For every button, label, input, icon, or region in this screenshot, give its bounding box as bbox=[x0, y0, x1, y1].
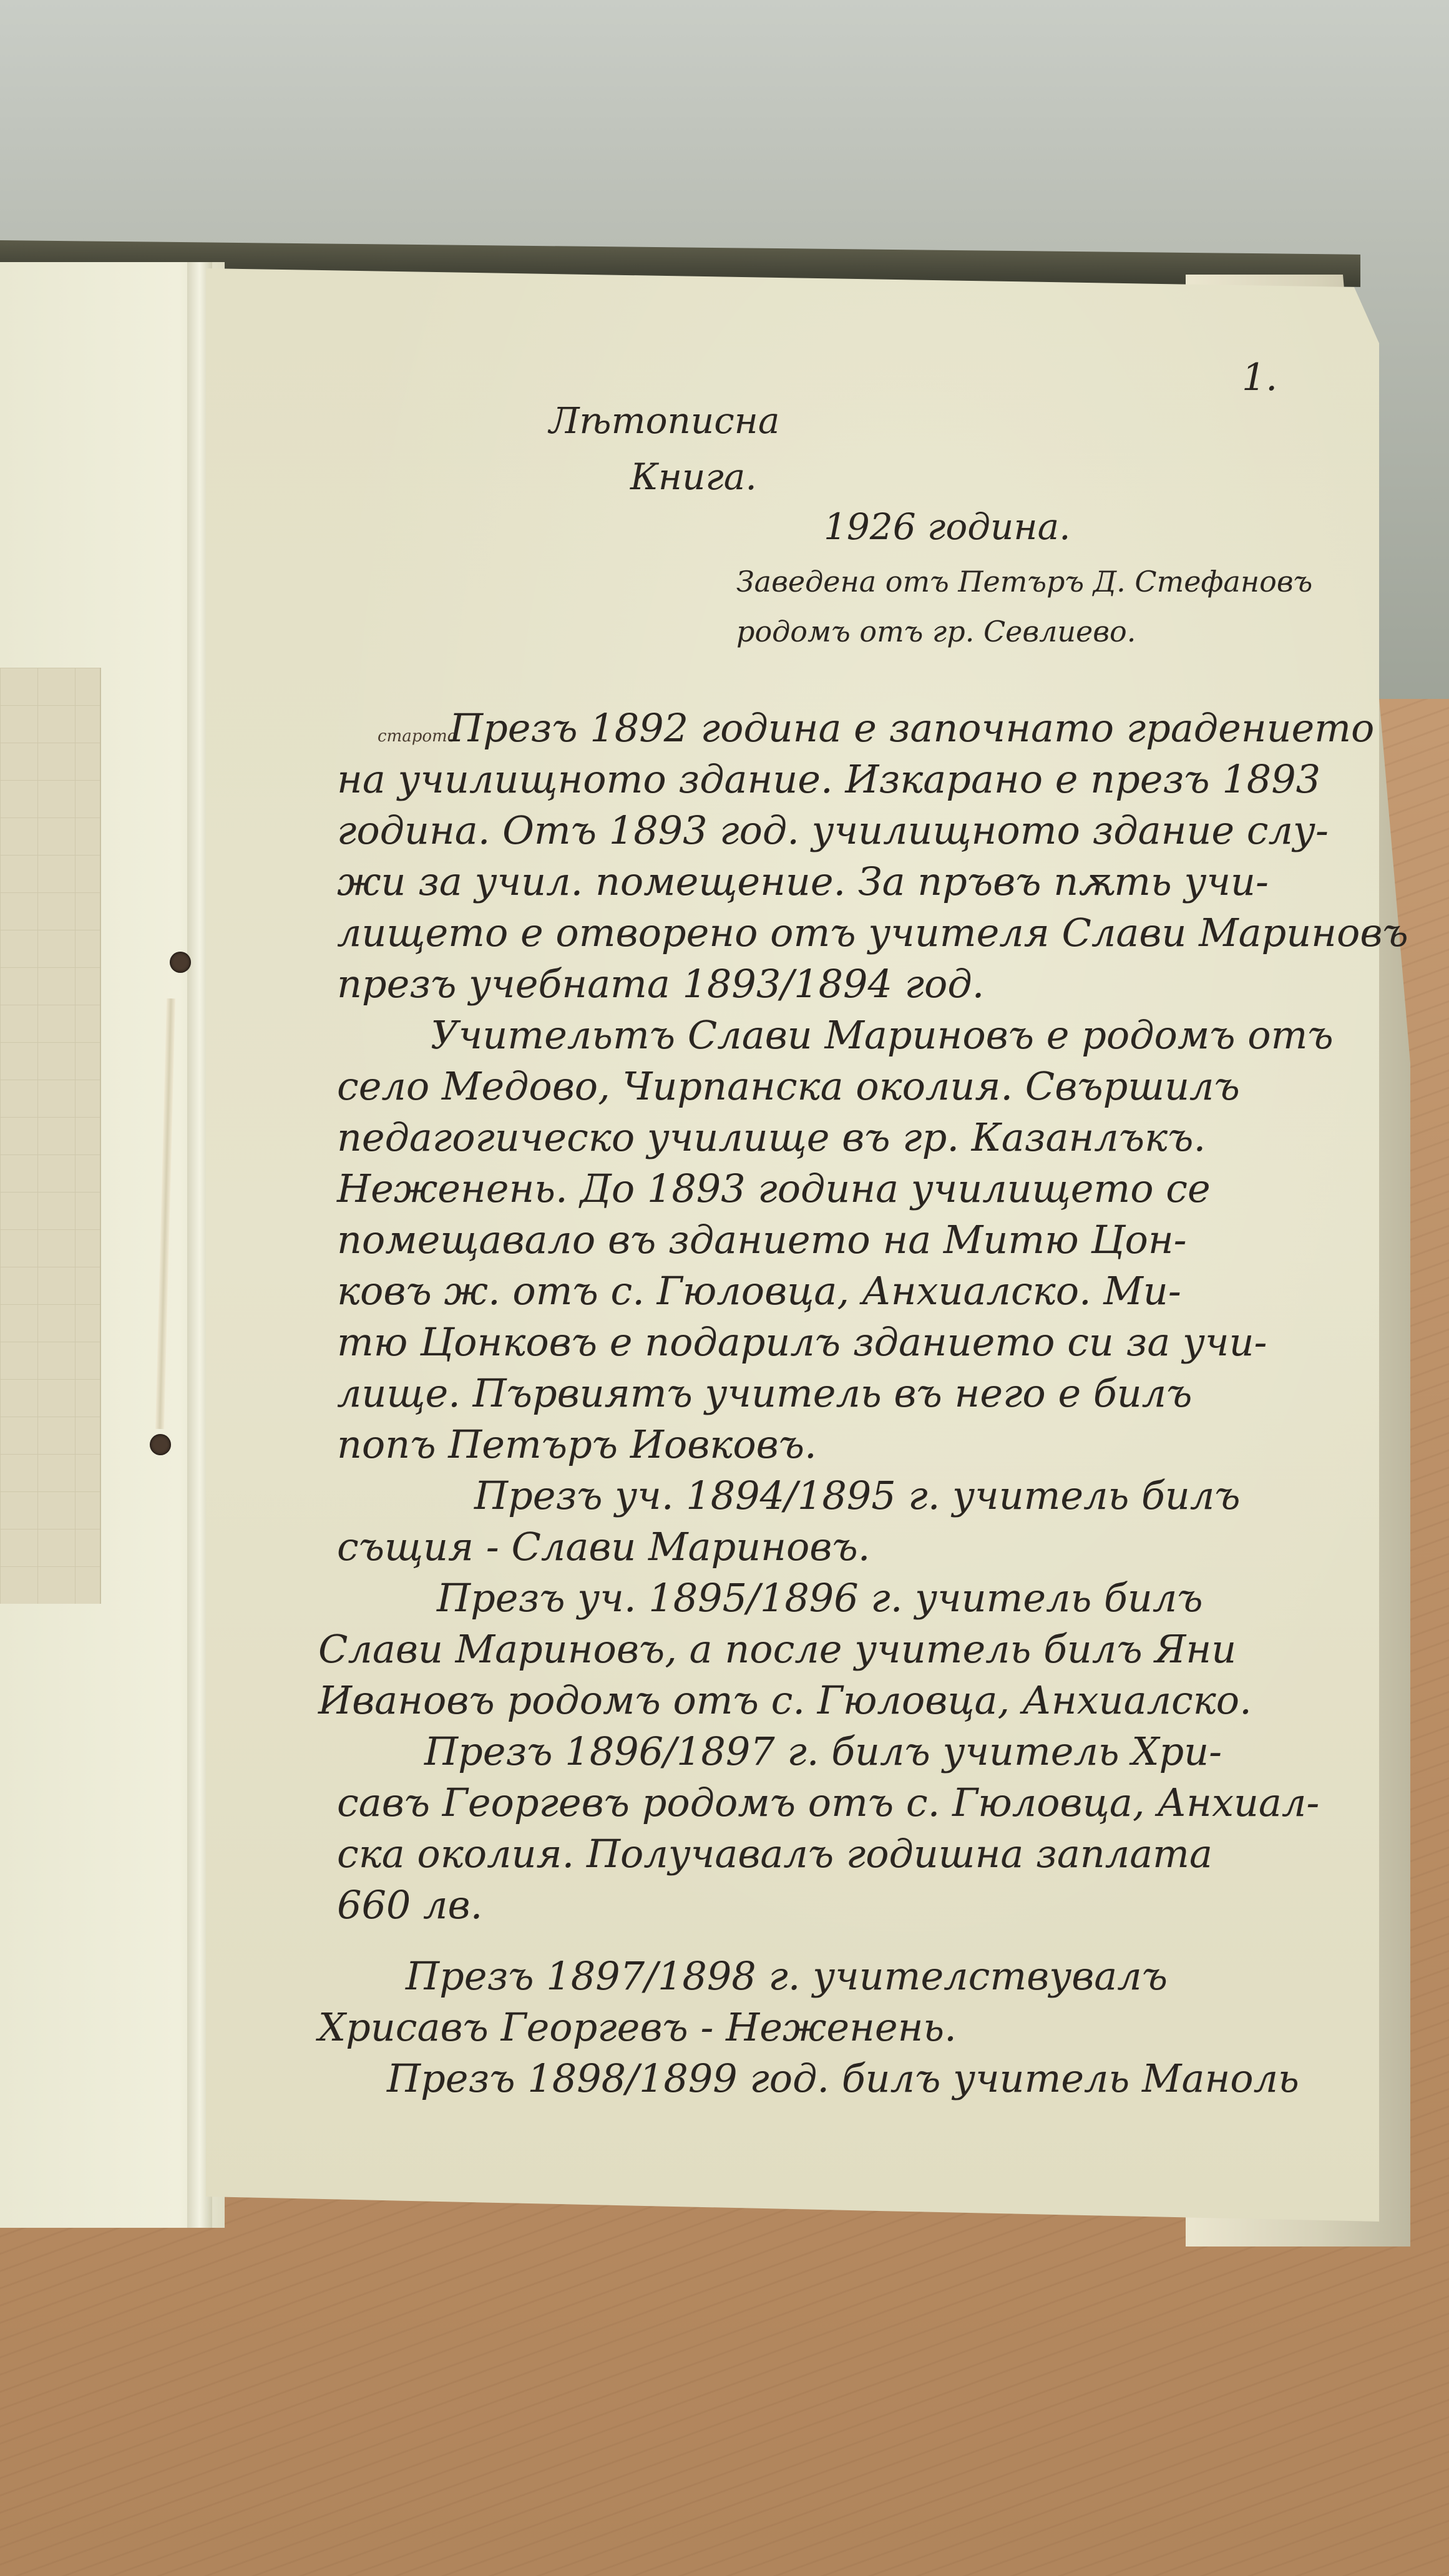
text-line: село Медово, Чирпанска околия. Свършилъ bbox=[337, 1063, 1240, 1109]
text-line: на училищното здание. Изкарано е презъ 1… bbox=[337, 756, 1320, 802]
author-line: Заведена отъ Петъръ Д. Стефановъ bbox=[736, 565, 1312, 598]
text-line: Учительтъ Слави Мариновъ е родомъ отъ bbox=[431, 1012, 1334, 1058]
text-line: Презъ 1898/1899 год. билъ учитель Маноль bbox=[387, 2056, 1299, 2101]
text-line: Презъ уч. 1894/1895 г. учитель билъ bbox=[474, 1473, 1241, 1518]
binding-hole-top bbox=[170, 952, 191, 973]
origin-line: родомъ отъ гр. Севлиево. bbox=[736, 615, 1136, 648]
text-line: Презъ 1897/1898 г. учителствувалъ bbox=[406, 1953, 1168, 1999]
text-line: помещавало въ зданието на Митю Цон- bbox=[337, 1217, 1187, 1262]
text-line: 660 лв. bbox=[337, 1882, 482, 1928]
title-line-2: Книга. bbox=[630, 456, 757, 498]
text-line: ковъ ж. отъ с. Гюловца, Анхиалско. Ми- bbox=[337, 1268, 1181, 1314]
text-line: лище. Първиятъ учитель въ него е билъ bbox=[337, 1370, 1192, 1416]
text-line: година. Отъ 1893 год. училищното здание … bbox=[337, 807, 1329, 853]
page-number: 1. bbox=[1242, 356, 1277, 399]
text-line: презъ учебната 1893/1894 год. bbox=[337, 961, 984, 1007]
text-line: тю Цонковъ е подарилъ зданието си за учи… bbox=[337, 1319, 1267, 1365]
interlinear-note: старото bbox=[378, 727, 457, 746]
binding-hole-bottom bbox=[150, 1434, 171, 1455]
text-line: Слави Мариновъ, а после учитель билъ Яни bbox=[318, 1626, 1236, 1672]
text-line: ска околия. Получавалъ годишна заплата bbox=[337, 1831, 1212, 1876]
text-line: Хрисавъ Георгевъ - Неженень. bbox=[318, 2004, 957, 2050]
text-line: Ивановъ родомъ отъ с. Гюловца, Анхиалско… bbox=[318, 1677, 1252, 1723]
text-line: жи за учил. помещение. За пръвъ пѫть учи… bbox=[337, 859, 1269, 904]
text-line: савъ Георгевъ родомъ отъ с. Гюловца, Анх… bbox=[337, 1780, 1319, 1825]
inserted-graph-sheet bbox=[0, 668, 101, 1604]
text-line: лището е отворено отъ учителя Слави Мари… bbox=[337, 910, 1408, 955]
text-line: попъ Петъръ Иовковъ. bbox=[337, 1422, 817, 1467]
text-line: педагогическо училище въ гр. Казанлъкъ. bbox=[337, 1115, 1206, 1160]
text-line: Презъ 1896/1897 г. билъ учитель Хри- bbox=[424, 1729, 1222, 1774]
text-line: Презъ 1892 година е започнато градението bbox=[449, 705, 1374, 751]
title-line-1: Лѣтописна bbox=[549, 399, 779, 442]
title-year: 1926 година. bbox=[824, 505, 1071, 548]
text-line: същия - Слави Мариновъ. bbox=[337, 1524, 870, 1569]
text-line: Неженень. До 1893 година училището се bbox=[337, 1166, 1211, 1211]
text-line: Презъ уч. 1895/1896 г. учитель билъ bbox=[437, 1575, 1203, 1621]
